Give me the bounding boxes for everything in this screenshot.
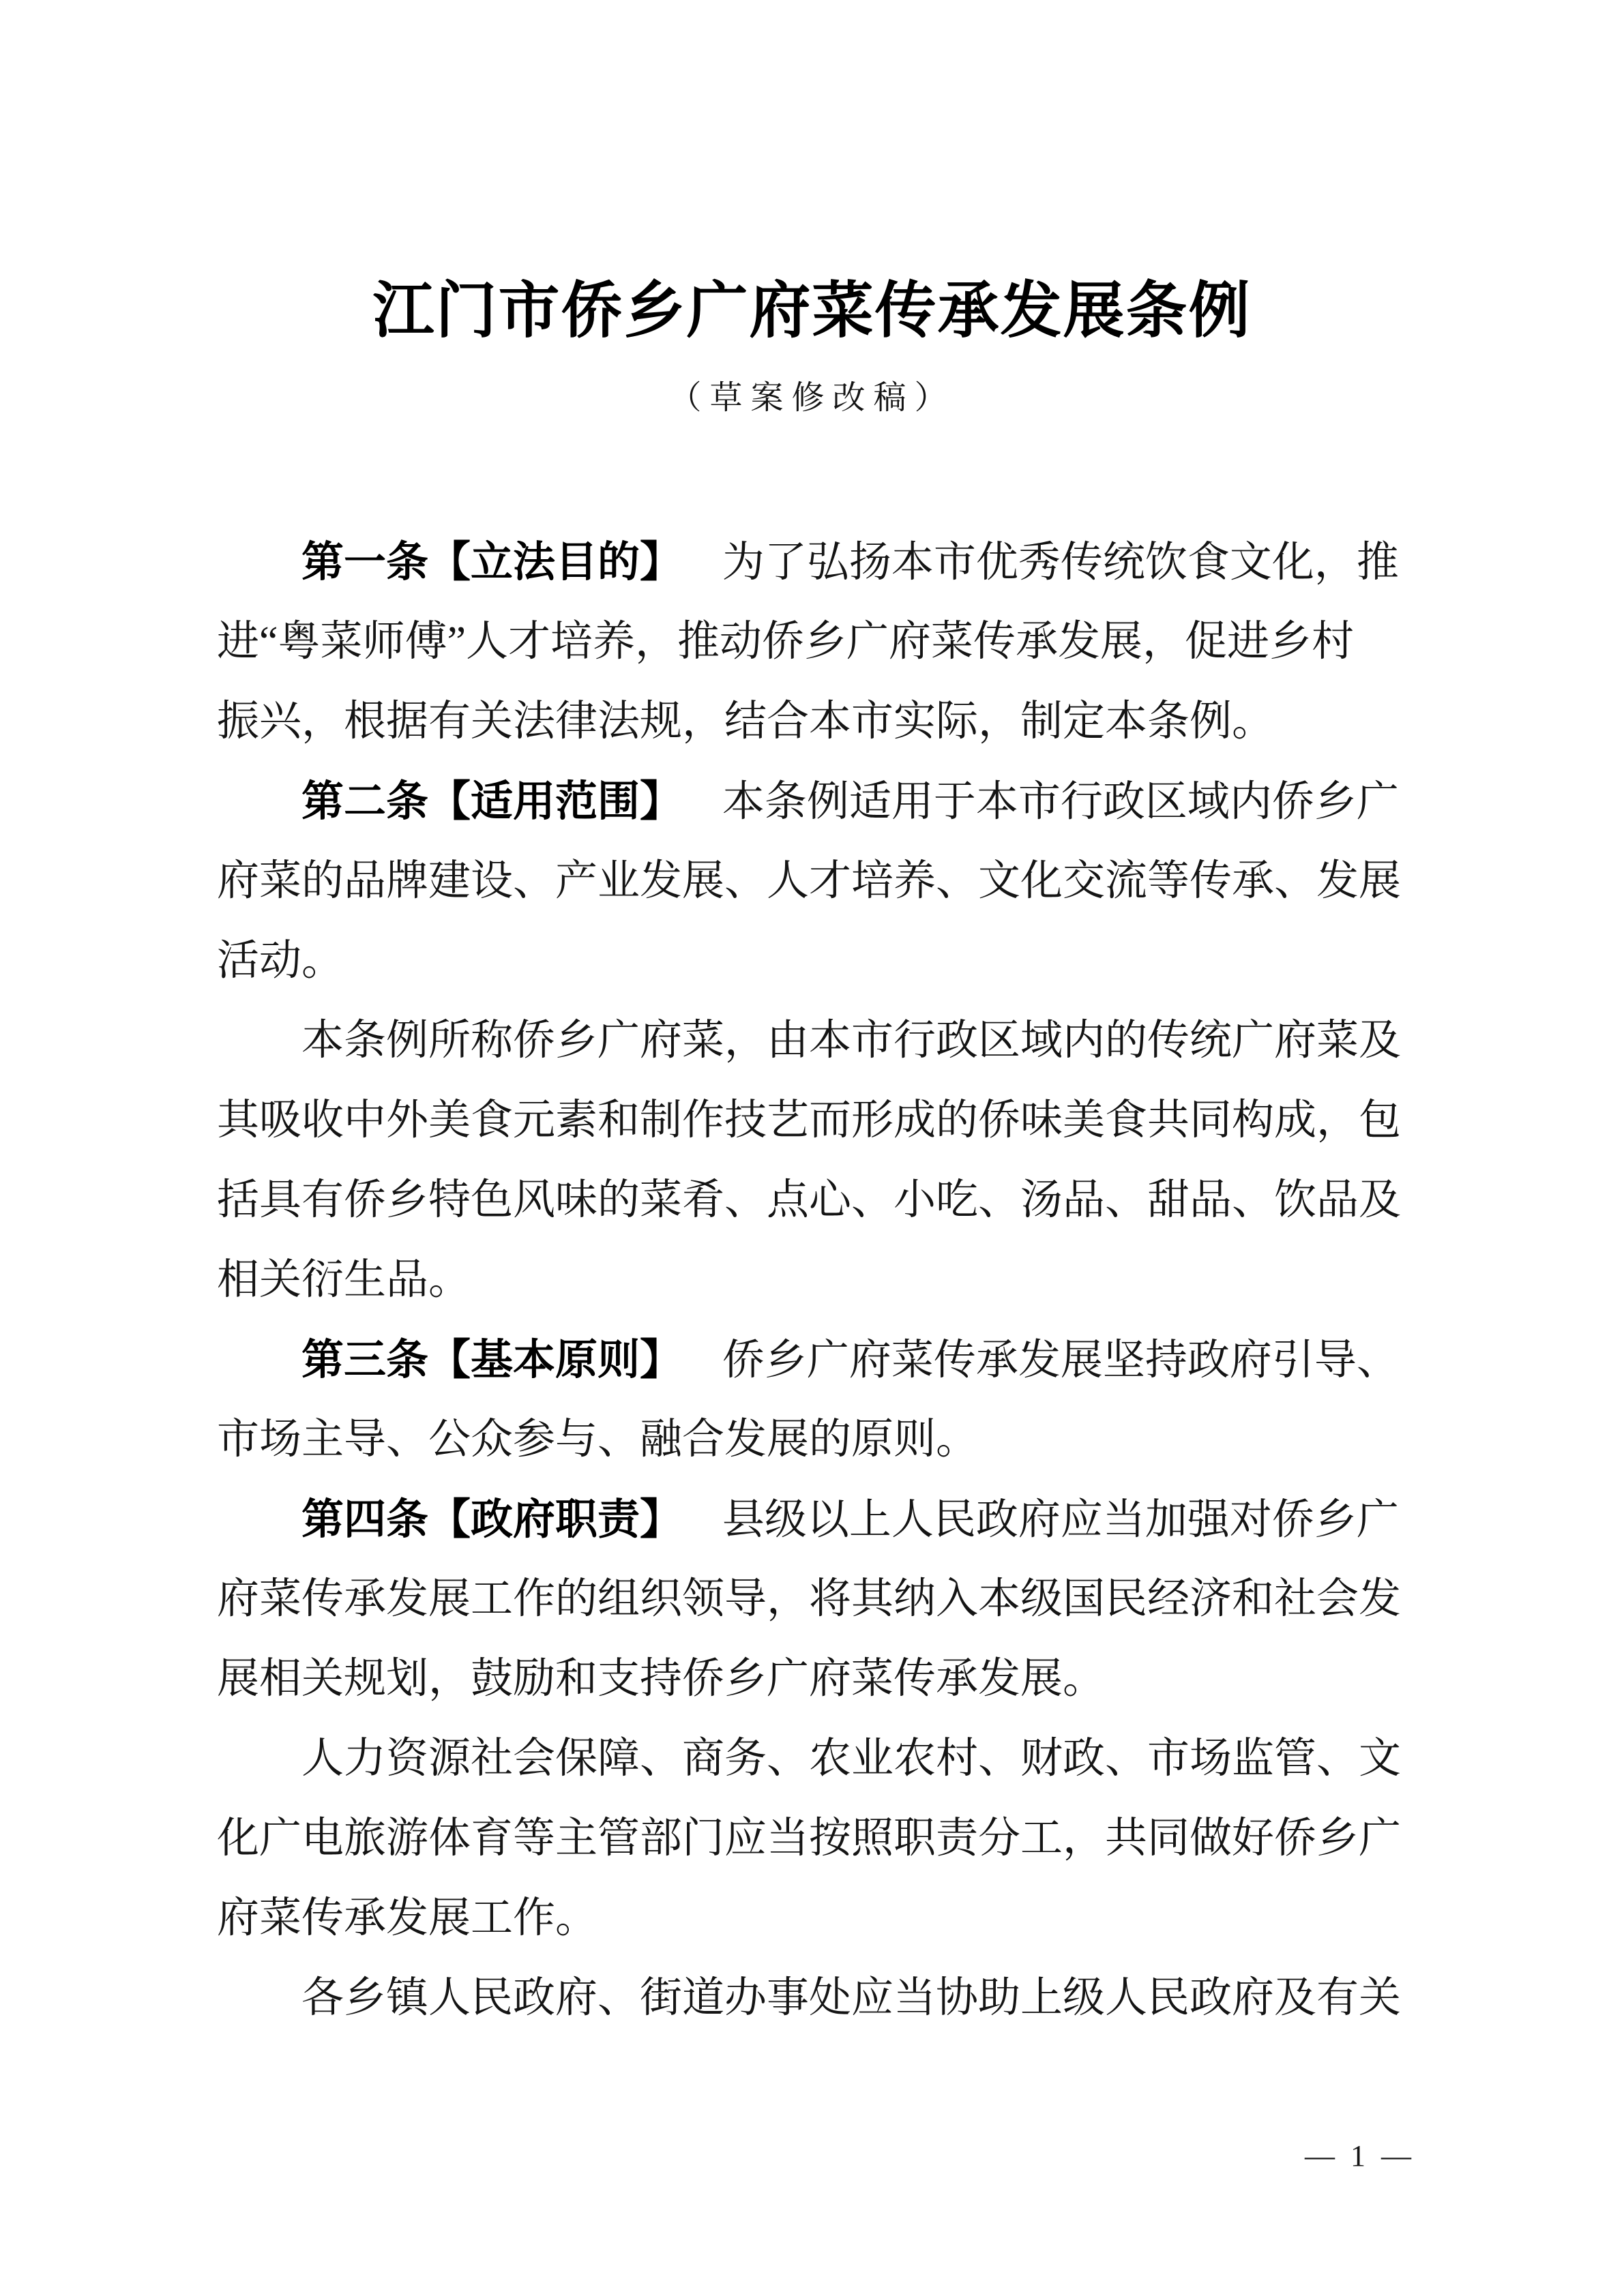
body-line: 府菜传承发展工作的组织领导，将其纳入本级国民经济和社会发 [217, 1560, 1419, 1639]
page-number: — 1 — [1305, 2137, 1415, 2175]
paragraph: 人力资源社会保障、商务、农业农村、财政、市场监管、文化广电旅游体育等主管部门应当… [217, 1719, 1419, 1958]
document-body: 第一条【立法目的】为了弘扬本市优秀传统饮食文化，推进“粤菜师傅”人才培养，推动侨… [217, 522, 1419, 2038]
body-line: 人力资源社会保障、商务、农业农村、财政、市场监管、文 [217, 1719, 1419, 1799]
body-line-text: 府菜传承发展工作。 [217, 1895, 597, 1941]
body-line-text: 府菜的品牌建设、产业发展、人才培养、文化交流等传承、发展 [217, 858, 1401, 904]
body-line: 各乡镇人民政府、街道办事处应当协助上级人民政府及有关 [217, 1958, 1419, 2038]
article-heading: 第四条【政府职责】 [301, 1496, 682, 1543]
body-line-text: 县级以上人民政府应当加强对侨乡广 [722, 1497, 1399, 1543]
body-line-text: 括具有侨乡特色风味的菜肴、点心、小吃、汤品、甜品、饮品及 [217, 1177, 1401, 1223]
body-line-text: 振兴，根据有关法律法规，结合本市实际，制定本条例。 [217, 698, 1274, 745]
body-line: 府菜的品牌建设、产业发展、人才培养、文化交流等传承、发展 [217, 841, 1419, 921]
body-line: 相关衍生品。 [217, 1240, 1419, 1320]
document-title: 江门市侨乡广府菜传承发展条例 [0, 273, 1624, 349]
body-line-text: 进“粤菜师傅”人才培养，推动侨乡广府菜传承发展，促进乡村 [217, 618, 1354, 665]
body-line: 其吸收中外美食元素和制作技艺而形成的侨味美食共同构成，包 [217, 1081, 1419, 1161]
body-line-text: 化广电旅游体育等主管部门应当按照职责分工，共同做好侨乡广 [217, 1815, 1401, 1862]
body-line: 活动。 [217, 921, 1419, 1001]
body-line-text: 府菜传承发展工作的组织领导，将其纳入本级国民经济和社会发 [217, 1576, 1401, 1622]
body-line-text: 展相关规划，鼓励和支持侨乡广府菜传承发展。 [217, 1656, 1105, 1702]
paragraph: 本条例所称侨乡广府菜，由本市行政区域内的传统广府菜及其吸收中外美食元素和制作技艺… [217, 1001, 1419, 1320]
body-line-text: 其吸收中外美食元素和制作技艺而形成的侨味美食共同构成，包 [217, 1097, 1401, 1144]
paragraph: 各乡镇人民政府、街道办事处应当协助上级人民政府及有关 [217, 1958, 1419, 2038]
body-line: 展相关规划，鼓励和支持侨乡广府菜传承发展。 [217, 1639, 1419, 1719]
document-page: 江门市侨乡广府菜传承发展条例 （草案修改稿） 第一条【立法目的】为了弘扬本市优秀… [0, 0, 1624, 2296]
article-heading: 第二条【适用范围】 [301, 778, 682, 825]
body-line-text: 侨乡广府菜传承发展坚持政府引导、 [722, 1337, 1399, 1384]
body-line: 第三条【基本原则】侨乡广府菜传承发展坚持政府引导、 [217, 1320, 1419, 1400]
paragraph: 第一条【立法目的】为了弘扬本市优秀传统饮食文化，推进“粤菜师傅”人才培养，推动侨… [217, 522, 1419, 762]
body-line: 括具有侨乡特色风味的菜肴、点心、小吃、汤品、甜品、饮品及 [217, 1161, 1419, 1240]
paragraph: 第三条【基本原则】侨乡广府菜传承发展坚持政府引导、市场主导、公众参与、融合发展的… [217, 1320, 1419, 1480]
paragraph: 第二条【适用范围】本条例适用于本市行政区域内侨乡广府菜的品牌建设、产业发展、人才… [217, 762, 1419, 1001]
body-line: 进“粤菜师傅”人才培养，推动侨乡广府菜传承发展，促进乡村 [217, 602, 1419, 682]
document-subtitle: （草案修改稿） [0, 374, 1624, 423]
body-line-text: 活动。 [217, 938, 344, 984]
body-line: 振兴，根据有关法律法规，结合本市实际，制定本条例。 [217, 682, 1419, 762]
body-line-text: 本条例适用于本市行政区域内侨乡广 [722, 779, 1399, 825]
body-line: 本条例所称侨乡广府菜，由本市行政区域内的传统广府菜及 [217, 1001, 1419, 1081]
body-line-text: 市场主导、公众参与、融合发展的原则。 [217, 1416, 978, 1463]
body-line: 第四条【政府职责】县级以上人民政府应当加强对侨乡广 [217, 1480, 1419, 1560]
body-line-text: 本条例所称侨乡广府菜，由本市行政区域内的传统广府菜及 [301, 1017, 1401, 1064]
article-heading: 第三条【基本原则】 [301, 1337, 682, 1384]
body-line: 第一条【立法目的】为了弘扬本市优秀传统饮食文化，推 [217, 522, 1419, 602]
body-line: 化广电旅游体育等主管部门应当按照职责分工，共同做好侨乡广 [217, 1799, 1419, 1879]
body-line-text: 为了弘扬本市优秀传统饮食文化，推 [722, 539, 1399, 586]
body-line-text: 人力资源社会保障、商务、农业农村、财政、市场监管、文 [301, 1735, 1401, 1782]
body-line: 第二条【适用范围】本条例适用于本市行政区域内侨乡广 [217, 762, 1419, 841]
body-line: 府菜传承发展工作。 [217, 1879, 1419, 1958]
body-line-text: 相关衍生品。 [217, 1257, 471, 1303]
article-heading: 第一条【立法目的】 [301, 539, 682, 586]
paragraph: 第四条【政府职责】县级以上人民政府应当加强对侨乡广府菜传承发展工作的组织领导，将… [217, 1480, 1419, 1719]
body-line-text: 各乡镇人民政府、街道办事处应当协助上级人民政府及有关 [301, 1975, 1401, 2021]
body-line: 市场主导、公众参与、融合发展的原则。 [217, 1400, 1419, 1480]
